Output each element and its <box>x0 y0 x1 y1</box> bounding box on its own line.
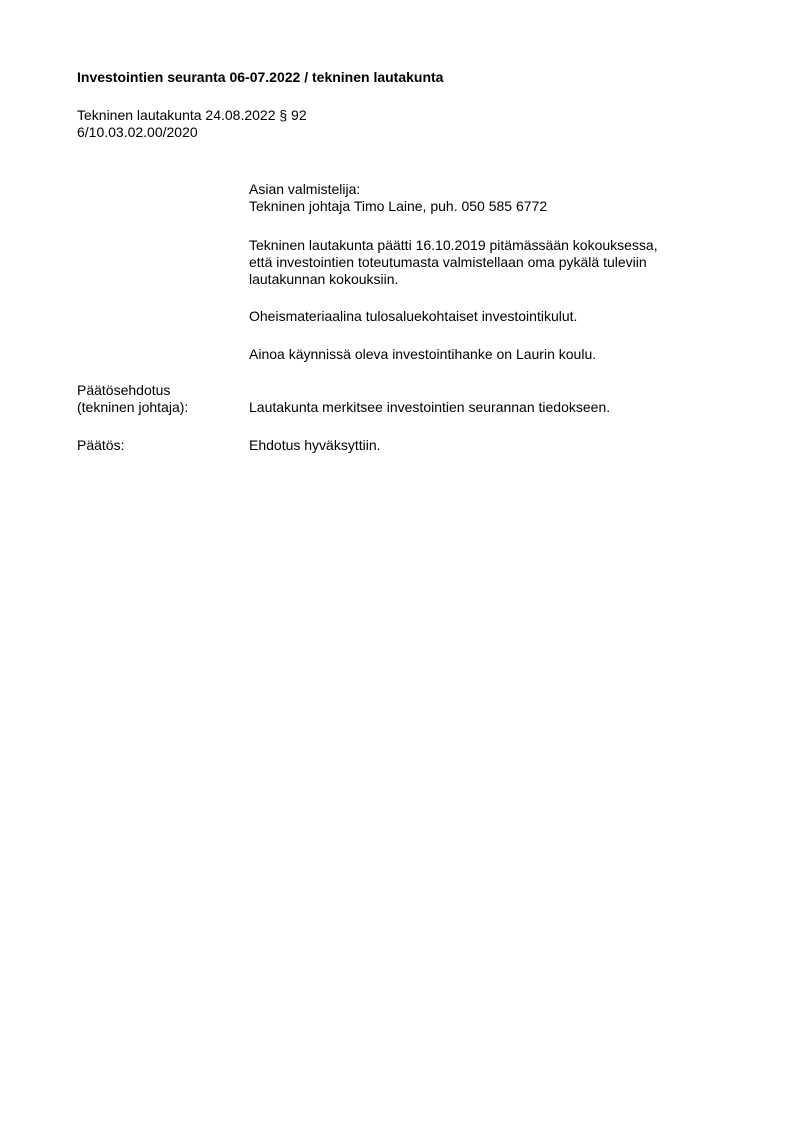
proposal-label-line: (tekninen johtaja): <box>77 399 188 416</box>
paragraph-line: Tekninen lautakunta päätti 16.10.2019 pi… <box>249 237 658 254</box>
paragraph-2: Oheismateriaalina tulosaluekohtaiset inv… <box>249 308 577 325</box>
proposal-label: Päätösehdotus (tekninen johtaja): <box>77 382 188 416</box>
proposal-label-line: Päätösehdotus <box>77 382 188 399</box>
preparer: Tekninen johtaja Timo Laine, puh. 050 58… <box>249 198 547 215</box>
paragraph-3: Ainoa käynnissä oleva investointihanke o… <box>249 346 596 363</box>
decision-text-line: Ehdotus hyväksyttiin. <box>249 437 381 454</box>
proposal-text: Lautakunta merkitsee investointien seura… <box>249 399 610 416</box>
decision-label-line: Päätös: <box>77 437 124 454</box>
decision-text: Ehdotus hyväksyttiin. <box>249 437 381 454</box>
paragraph-line: Ainoa käynnissä oleva investointihanke o… <box>249 346 596 363</box>
paragraph-line: Oheismateriaalina tulosaluekohtaiset inv… <box>249 308 577 325</box>
paragraph-line: lautakunnan kokouksiin. <box>249 271 658 288</box>
decision-label: Päätös: <box>77 437 124 454</box>
paragraph-1: Tekninen lautakunta päätti 16.10.2019 pi… <box>249 237 658 288</box>
meeting-meta: Tekninen lautakunta 24.08.2022 § 92 6/10… <box>77 107 307 141</box>
paragraph-line: että investointien toteutumasta valmiste… <box>249 254 658 271</box>
preparer-label: Asian valmistelija: <box>249 181 547 198</box>
record-id: 6/10.03.02.00/2020 <box>77 124 307 141</box>
preparer-block: Asian valmistelija: Tekninen johtaja Tim… <box>249 181 547 215</box>
document-title: Investointien seuranta 06-07.2022 / tekn… <box>77 69 443 86</box>
proposal-text-line: Lautakunta merkitsee investointien seura… <box>249 399 610 416</box>
meeting-line: Tekninen lautakunta 24.08.2022 § 92 <box>77 107 307 124</box>
document-page: Investointien seuranta 06-07.2022 / tekn… <box>0 0 794 1122</box>
